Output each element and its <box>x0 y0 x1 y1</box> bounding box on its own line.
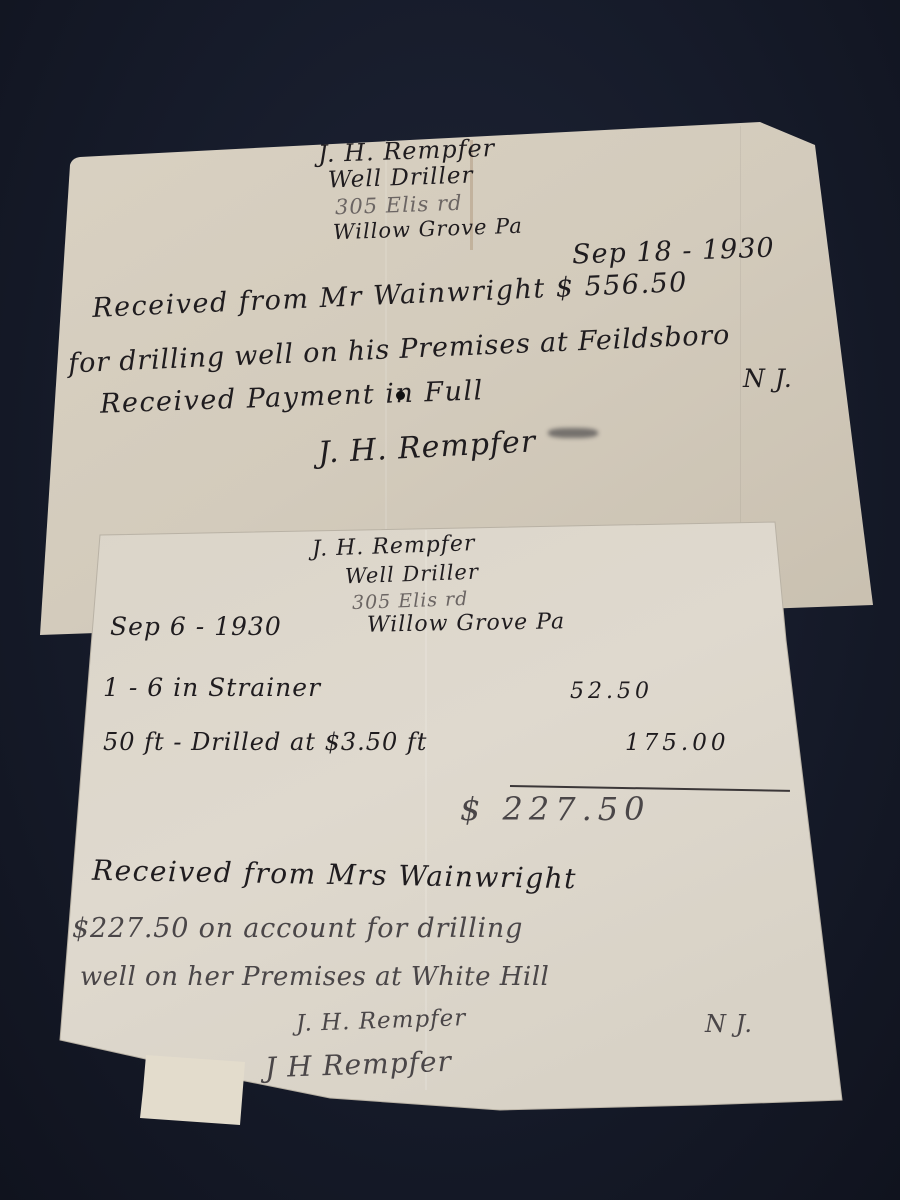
line-item-amount: 52.50 <box>570 679 653 704</box>
line-item-amount: 175.00 <box>625 730 729 756</box>
receipt-line-2: $227.50 on account for drilling <box>72 913 523 944</box>
line-item-description: 50 ft - Drilled at $3.50 ft <box>103 728 427 756</box>
letterhead-town: Willow Grove Pa <box>367 609 566 637</box>
line-item-description: 1 - 6 in Strainer <box>103 673 321 702</box>
receipt-sep-6-1930: J. H. Rempfer Well Driller 305 Elis rd W… <box>0 0 900 1200</box>
letterhead-street: 305 Elis rd <box>352 588 469 614</box>
letterhead-trade: Well Driller <box>345 560 480 589</box>
receipt-line-state: N J. <box>705 1010 753 1038</box>
receipt-date: Sep 6 - 1930 <box>110 612 282 641</box>
signature-2: J H Rempfer <box>264 1045 452 1085</box>
receipt-line-3: well on her Premises at White Hill <box>80 962 549 992</box>
receipt-total: $ 227.50 <box>460 790 651 828</box>
